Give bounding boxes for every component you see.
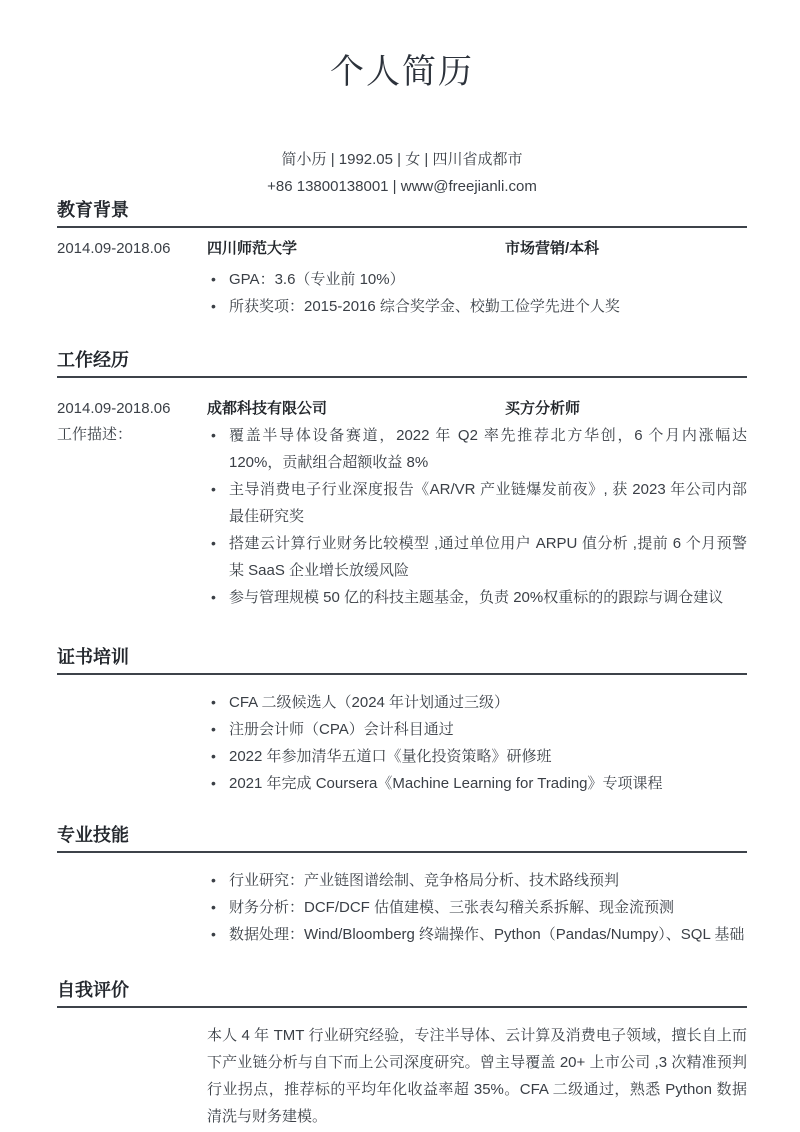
section-heading-education: 教育背景 [57, 200, 747, 228]
work-description-label: 工作描述： [57, 422, 207, 448]
list-item: 搭建云计算行业财务比较模型 ,通过单位用户 ARPU 值分析 ,提前 6 个月预… [207, 530, 747, 584]
list-item: CFA 二级候选人（2024 年计划通过三级） [207, 689, 747, 716]
list-item: 财务分析：DCF/DCF 估值建模、三张表勾稽关系拆解、现金流预测 [207, 894, 747, 921]
list-item: 行业研究：产业链图谱绘制、竞争格局分析、技术路线预判 [207, 867, 747, 894]
list-item: 所获奖项：2015-2016 综合奖学金、校勤工俭学先进个人奖 [207, 293, 747, 320]
contact-block: 简小历 | 1992.05 | 女 | 四川省成都市 +86 138001380… [57, 146, 747, 200]
work-date: 2014.09-2018.06 [57, 396, 207, 422]
work-company: 成都科技有限公司 [207, 396, 505, 422]
list-item: 2021 年完成 Coursera《Machine Learning for T… [207, 770, 747, 797]
section-education: 教育背景 2014.09-2018.06 四川师范大学 市场营销/本科 GPA：… [57, 200, 747, 320]
section-skills: 专业技能 行业研究：产业链图谱绘制、竞争格局分析、技术路线预判 财务分析：DCF… [57, 825, 747, 948]
section-heading-skills: 专业技能 [57, 825, 747, 853]
certificates-bullet-list: CFA 二级候选人（2024 年计划通过三级） 注册会计师（CPA）会计科目通过… [207, 689, 747, 797]
list-item: 数据处理：Wind/Bloomberg 终端操作、Python（Pandas/N… [207, 921, 747, 948]
education-major: 市场营销/本科 [505, 236, 747, 262]
evaluation-paragraph: 本人 4 年 TMT 行业研究经验，专注半导体、云计算及消费电子领域，擅长自上而… [207, 1022, 747, 1130]
education-date: 2014.09-2018.06 [57, 236, 207, 262]
work-position: 买方分析师 [505, 396, 747, 422]
resume-page: 个人简历 简小历 | 1992.05 | 女 | 四川省成都市 +86 1380… [0, 0, 800, 1132]
list-item: 2022 年参加清华五道口《量化投资策略》研修班 [207, 743, 747, 770]
education-entry: 2014.09-2018.06 四川师范大学 市场营销/本科 GPA：3.6（专… [57, 236, 747, 320]
section-heading-work: 工作经历 [57, 350, 747, 378]
section-evaluation: 自我评价 本人 4 年 TMT 行业研究经验，专注半导体、云计算及消费电子领域，… [57, 980, 747, 1130]
list-item: 主导消费电子行业深度报告《AR/VR 产业链爆发前夜》, 获 2023 年公司内… [207, 476, 747, 530]
section-work: 工作经历 2014.09-2018.06 工作描述： 成都科技有限公司 买方分析… [57, 350, 747, 611]
education-bullet-list: GPA：3.6（专业前 10%） 所获奖项：2015-2016 综合奖学金、校勤… [207, 266, 747, 320]
page-title: 个人简历 [57, 52, 747, 92]
work-entry: 2014.09-2018.06 工作描述： 成都科技有限公司 买方分析师 覆盖半… [57, 396, 747, 611]
contact-line-phone-email: +86 13800138001 | www@freejianli.com [57, 173, 747, 200]
contact-line-basic: 简小历 | 1992.05 | 女 | 四川省成都市 [57, 146, 747, 173]
work-bullet-list: 覆盖半导体设备赛道，2022 年 Q2 率先推荐北方华创，6 个月内涨幅达 12… [207, 422, 747, 611]
list-item: 覆盖半导体设备赛道，2022 年 Q2 率先推荐北方华创，6 个月内涨幅达 12… [207, 422, 747, 476]
section-heading-certificates: 证书培训 [57, 647, 747, 675]
section-heading-evaluation: 自我评价 [57, 980, 747, 1008]
section-certificates: 证书培训 CFA 二级候选人（2024 年计划通过三级） 注册会计师（CPA）会… [57, 647, 747, 797]
education-school: 四川师范大学 [207, 236, 505, 262]
skills-bullet-list: 行业研究：产业链图谱绘制、竞争格局分析、技术路线预判 财务分析：DCF/DCF … [207, 867, 747, 948]
list-item: GPA：3.6（专业前 10%） [207, 266, 747, 293]
list-item: 注册会计师（CPA）会计科目通过 [207, 716, 747, 743]
list-item: 参与管理规模 50 亿的科技主题基金，负责 20%权重标的的跟踪与调仓建议 [207, 584, 747, 611]
